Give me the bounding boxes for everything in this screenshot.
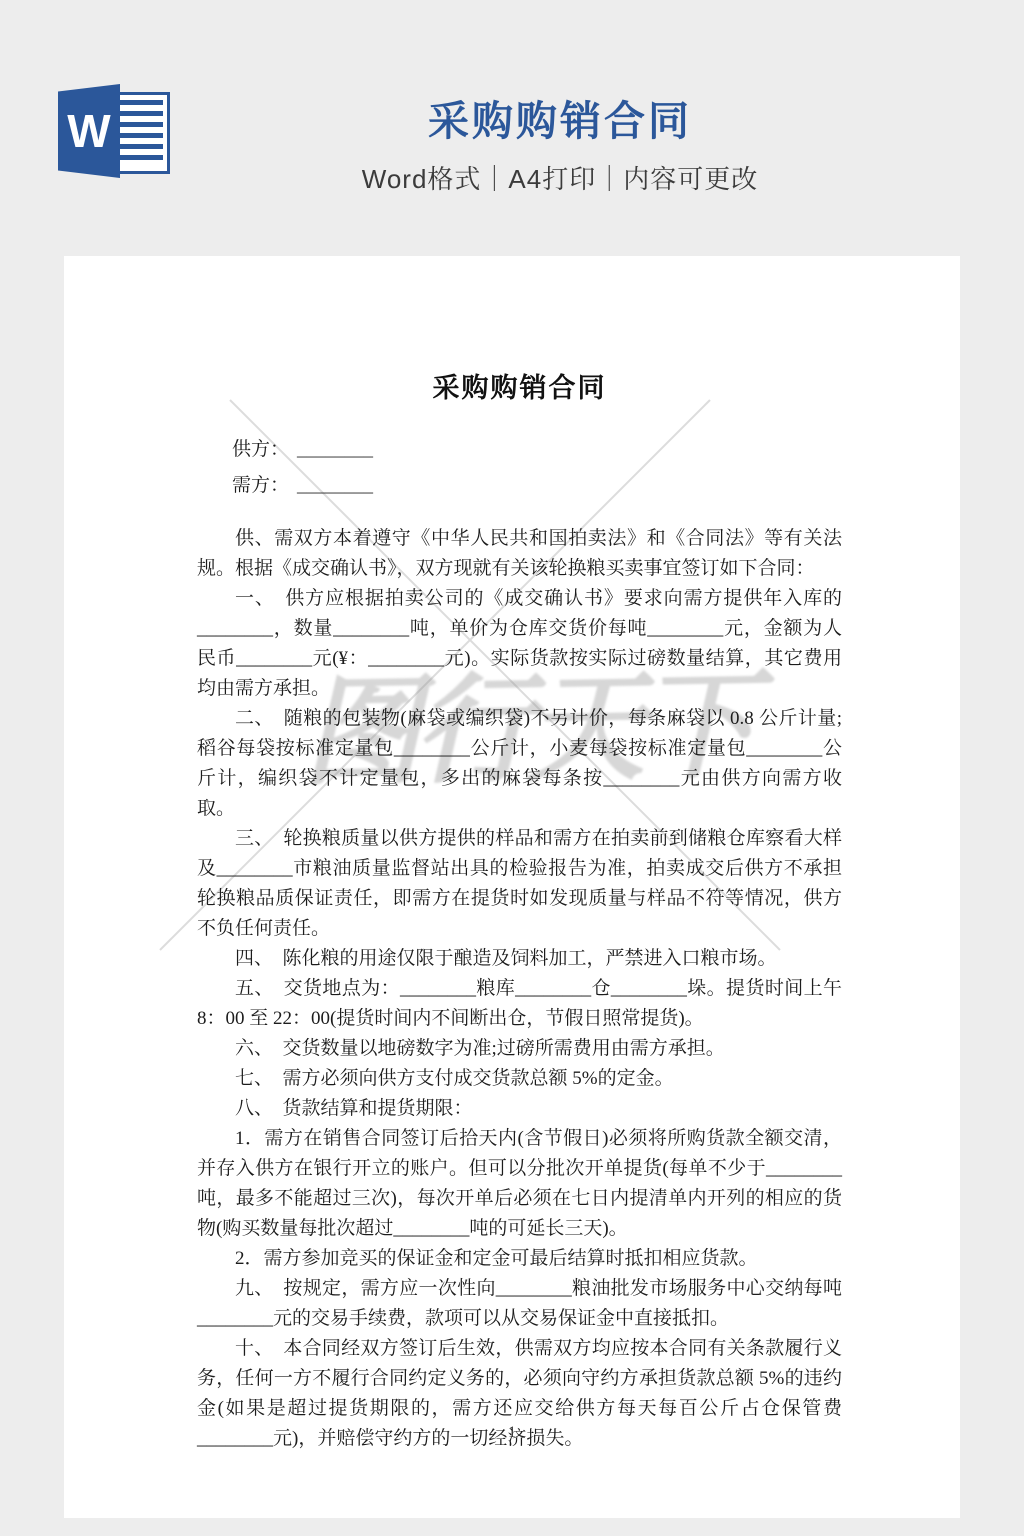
header-title: 采购购销合同 <box>96 88 1024 147</box>
supplier-blank: ________ <box>297 439 373 460</box>
document-page: 图行天下 采购购销合同 供方：________ 需方：________ 供、需双… <box>64 256 960 1518</box>
contract-body: 供、需双方本着遵守《中华人民共和国拍卖法》和《合同法》等有关法规。根据《成交确认… <box>197 524 842 1454</box>
buyer-label: 需方： <box>232 475 289 496</box>
parties-block: 供方：________ 需方：________ <box>232 432 373 504</box>
contract-paragraph: 八、 货款结算和提货期限： <box>197 1094 842 1124</box>
header-subtitle: Word格式｜A4打印｜内容可更改 <box>96 159 1024 196</box>
contract-paragraph: 七、 需方必须向供方支付成交货款总额 5%的定金。 <box>197 1064 842 1094</box>
page-number: 1 <box>64 1424 960 1442</box>
header-text: 采购购销合同 Word格式｜A4打印｜内容可更改 <box>96 0 1024 196</box>
contract-paragraph: 一、 供方应根据拍卖公司的《成交确认书》要求向需方提供年入库的________，… <box>197 584 842 704</box>
contract-paragraph: 六、 交货数量以地磅数字为准;过磅所需费用由需方承担。 <box>197 1034 842 1064</box>
page-background: W 采购购销合同 Word格式｜A4打印｜内容可更改 图行天下 采购购销合同 供… <box>0 0 1024 1536</box>
contract-paragraph: 1．需方在销售合同签订后拾天内(含节假日)必须将所购货款全额交清，并存入供方在银… <box>197 1124 842 1244</box>
buyer-line: 需方：________ <box>232 468 373 504</box>
header: W 采购购销合同 Word格式｜A4打印｜内容可更改 <box>0 0 1024 256</box>
document-title: 采购购销合同 <box>197 366 842 405</box>
contract-paragraph: 二、 随粮的包装物(麻袋或编织袋)不另计价，每条麻袋以 0.8 公斤计量;稻谷每… <box>197 704 842 824</box>
contract-paragraph: 九、 按规定，需方应一次性向________粮油批发市场服务中心交纳每吨____… <box>197 1274 842 1334</box>
contract-paragraph: 三、 轮换粮质量以供方提供的样品和需方在拍卖前到储粮仓库察看大样及_______… <box>197 824 842 944</box>
supplier-line: 供方：________ <box>232 432 373 468</box>
supplier-label: 供方： <box>232 439 289 460</box>
contract-paragraph: 供、需双方本着遵守《中华人民共和国拍卖法》和《合同法》等有关法规。根据《成交确认… <box>197 524 842 584</box>
contract-paragraph: 五、 交货地点为：________粮库________仓________垛。提货… <box>197 974 842 1034</box>
contract-paragraph: 2．需方参加竞买的保证金和定金可最后结算时抵扣相应货款。 <box>197 1244 842 1274</box>
buyer-blank: ________ <box>297 475 373 496</box>
contract-paragraph: 四、 陈化粮的用途仅限于酿造及饲料加工，严禁进入口粮市场。 <box>197 944 842 974</box>
